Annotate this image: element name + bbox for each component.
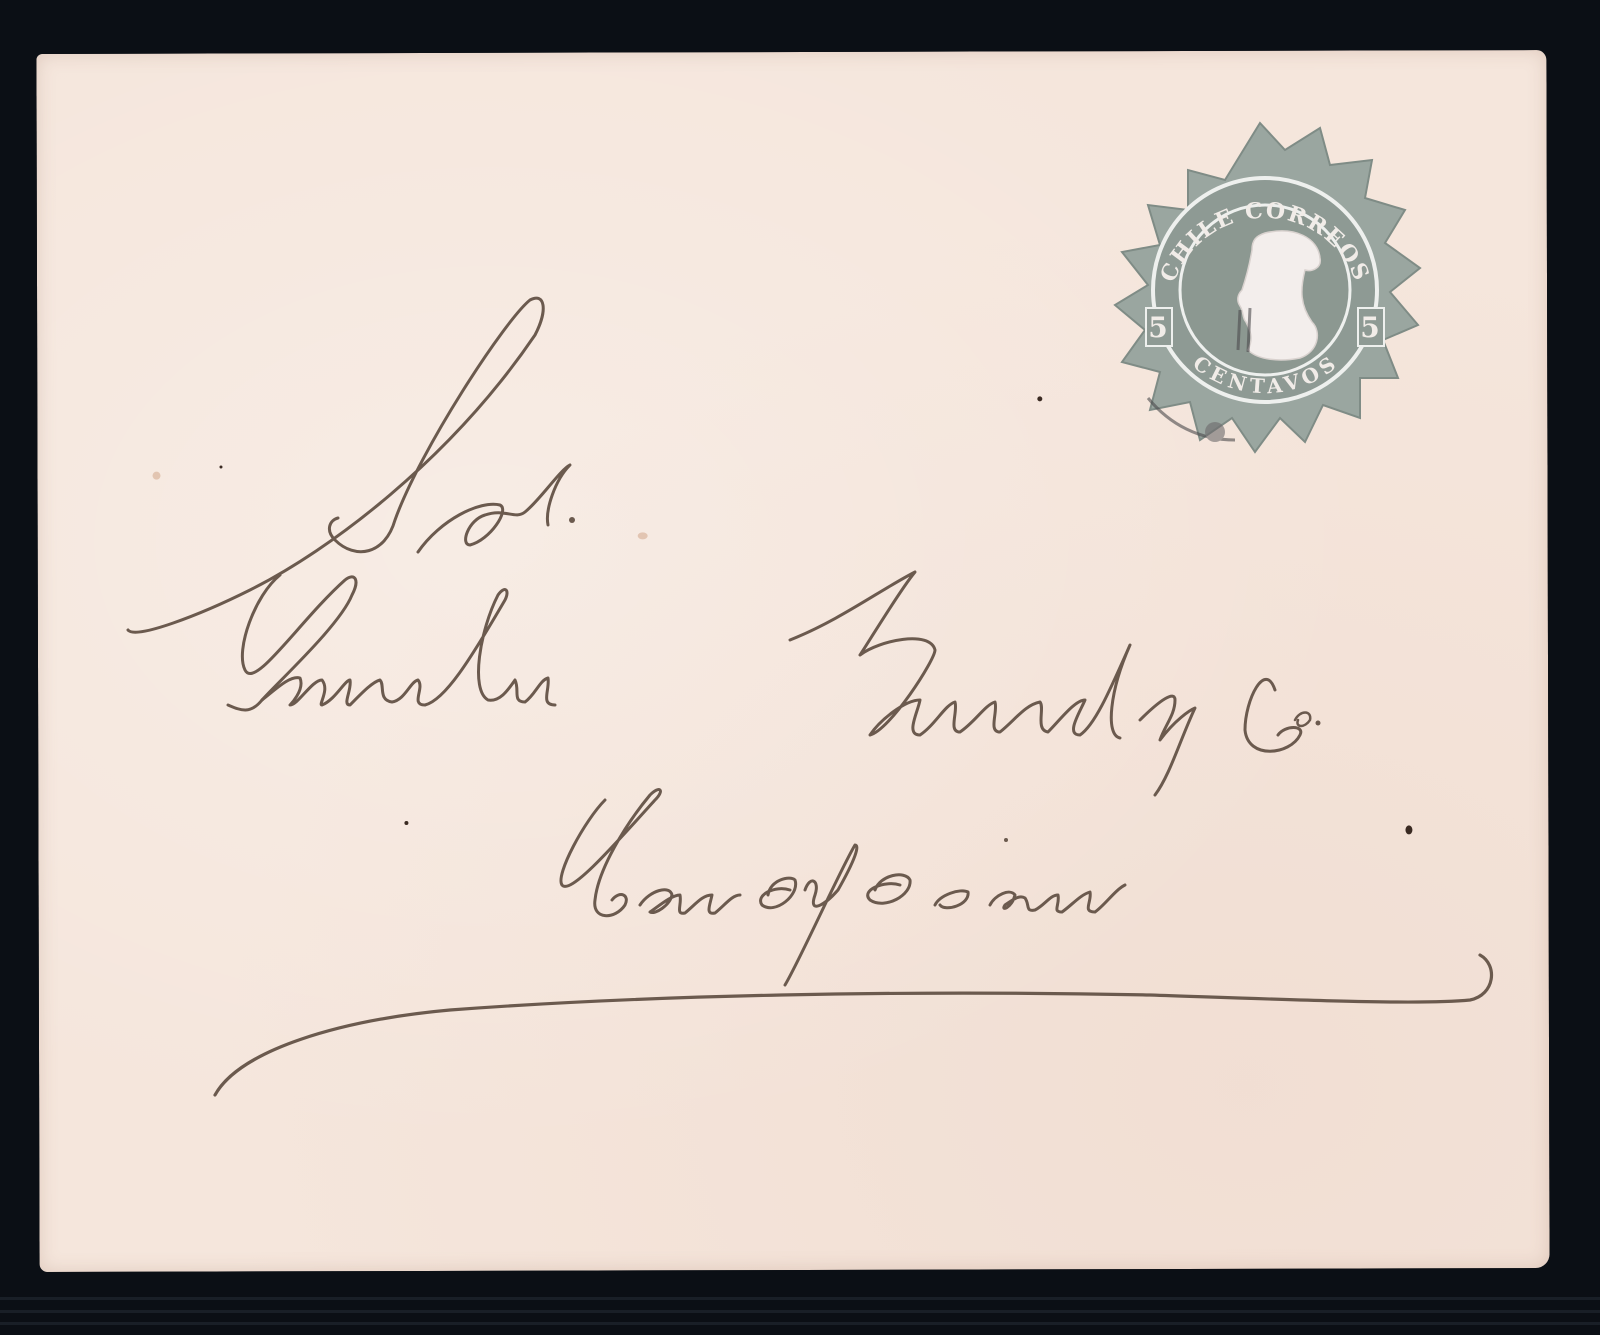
addressee-saavedra (228, 575, 555, 710)
envelope-artwork: CHILE CORREOS CENTAVOS 5 5 (0, 0, 1600, 1335)
stamp-value-right: 5 (1360, 311, 1381, 344)
ink-dot (569, 517, 575, 523)
ink-dot (1004, 838, 1008, 842)
ink-dot (1316, 721, 1321, 726)
stamp-value-left: 5 (1148, 311, 1169, 344)
postage-stamp: CHILE CORREOS CENTAVOS 5 5 (1115, 123, 1420, 452)
addressee-benard (790, 572, 1321, 795)
address-city-concepcion (561, 790, 1125, 985)
underline-flourish (215, 955, 1491, 1095)
salutation-srs (128, 298, 575, 632)
